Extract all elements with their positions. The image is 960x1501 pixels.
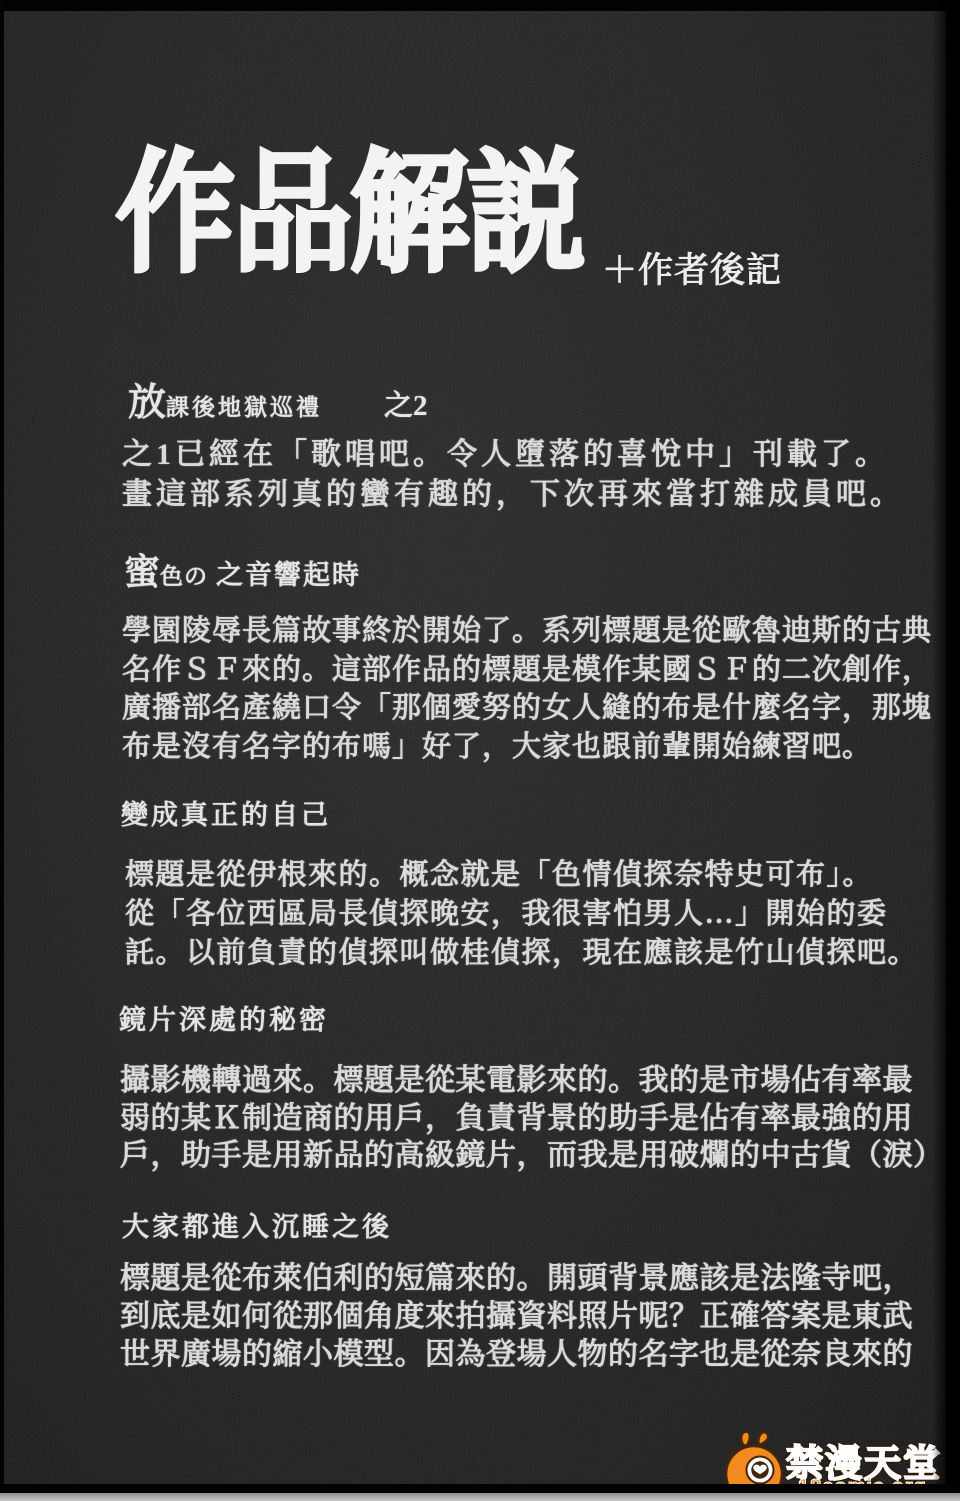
scanned-manga-afterword-page: 作品解説 ＋作者後記 放課後地獄巡禮之2 之1已經在「歌唱吧。令人墮落的喜悅中」…	[0, 0, 960, 1501]
body-line: 到底是如何從那個角度來拍攝資料照片呢？正確答案是東武	[120, 1298, 913, 1336]
body-line: 學園陵辱長篇故事終於開始了。系列標題是從歐魯迪斯的古典	[122, 612, 932, 651]
body-line: 標題是從布萊伯利的短篇來的。開頭背景應該是法隆寺吧，	[120, 1260, 913, 1298]
heading-suffix: 之音響起時	[216, 560, 361, 590]
section-body: 標題是從布萊伯利的短篇來的。開頭背景應該是法隆寺吧， 到底是如何從那個角度來拍攝…	[120, 1260, 913, 1374]
section-body: 之1已經在「歌唱吧。令人墮落的喜悅中」刊載了。 畫這部系列真的蠻有趣的，下次再來…	[122, 435, 904, 515]
scan-edge-right	[932, 0, 960, 1501]
body-line: 廣播部名產繞口令「那個愛努的女人縫的布是什麼名字，那塊	[122, 689, 932, 728]
page-subtitle: ＋作者後記	[602, 243, 782, 293]
body-line: 弱的某Ｋ制造商的用戶，負責背景的助手是佔有率最強的用	[120, 1100, 944, 1138]
body-line: 標題是從伊根來的。概念就是「色情偵探奈特史可布」。	[125, 856, 918, 895]
body-line: 戶，助手是用新品的高級鏡片，而我是用破爛的中古貨（淚）	[120, 1137, 944, 1175]
body-line: 託。以前負責的偵探叫做桂偵探，現在應該是竹山偵探吧。	[125, 934, 918, 973]
body-line: 之1已經在「歌唱吧。令人墮落的喜悅中」刊載了。	[122, 435, 904, 475]
section-heading: 鏡片深處的秘密	[119, 998, 329, 1037]
body-line: 從「各位西區局長偵探晚安，我很害怕男人…」開始的委	[125, 895, 918, 934]
body-line: 布是沒有名字的布嗎」好了，大家也跟前輩開始練習吧。	[122, 728, 932, 767]
section-heading: 大家都進入沉睡之後	[122, 1205, 392, 1244]
page-title: 作品解説	[116, 145, 584, 284]
section-body: 攝影機轉過來。標題是從某電影來的。我的是市場佔有率最 弱的某Ｋ制造商的用戶，負責…	[120, 1062, 944, 1175]
scan-edge-top	[0, 0, 960, 11]
heading-small-text: 課後地獄巡禮	[166, 395, 322, 420]
section-heading: 蜜色の之音響起時	[124, 544, 361, 595]
scan-edge-left	[0, 0, 4, 1501]
body-line: 畫這部系列真的蠻有趣的，下次再來當打雜成員吧。	[122, 475, 904, 515]
body-line: 世界廣場的縮小模型。因為登場人物的名字也是從奈良來的	[120, 1336, 913, 1374]
heading-big-char: 放	[128, 382, 166, 424]
heading-suffix: 之2	[384, 390, 428, 422]
body-line: 攝影機轉過來。標題是從某電影來的。我的是市場佔有率最	[120, 1062, 944, 1100]
heading-big-char: 蜜	[124, 552, 160, 592]
section-heading: 放課後地獄巡禮之2	[128, 371, 428, 426]
section-heading: 變成真正的自己	[121, 793, 331, 832]
heading-small-text: 色の	[160, 564, 208, 589]
section-body: 標題是從伊根來的。概念就是「色情偵探奈特史可布」。 從「各位西區局長偵探晚安，我…	[125, 856, 918, 973]
scan-edge-bottom	[0, 1484, 960, 1493]
page-background: 作品解説 ＋作者後記 放課後地獄巡禮之2 之1已經在「歌唱吧。令人墮落的喜悅中」…	[4, 11, 946, 1489]
scan-strip-bottom	[0, 1493, 960, 1501]
section-body: 學園陵辱長篇故事終於開始了。系列標題是從歐魯迪斯的古典 名作ＳＦ來的。這部作品的…	[122, 612, 932, 766]
body-line: 名作ＳＦ來的。這部作品的標題是模作某國ＳＦ的二次創作，	[122, 651, 932, 690]
